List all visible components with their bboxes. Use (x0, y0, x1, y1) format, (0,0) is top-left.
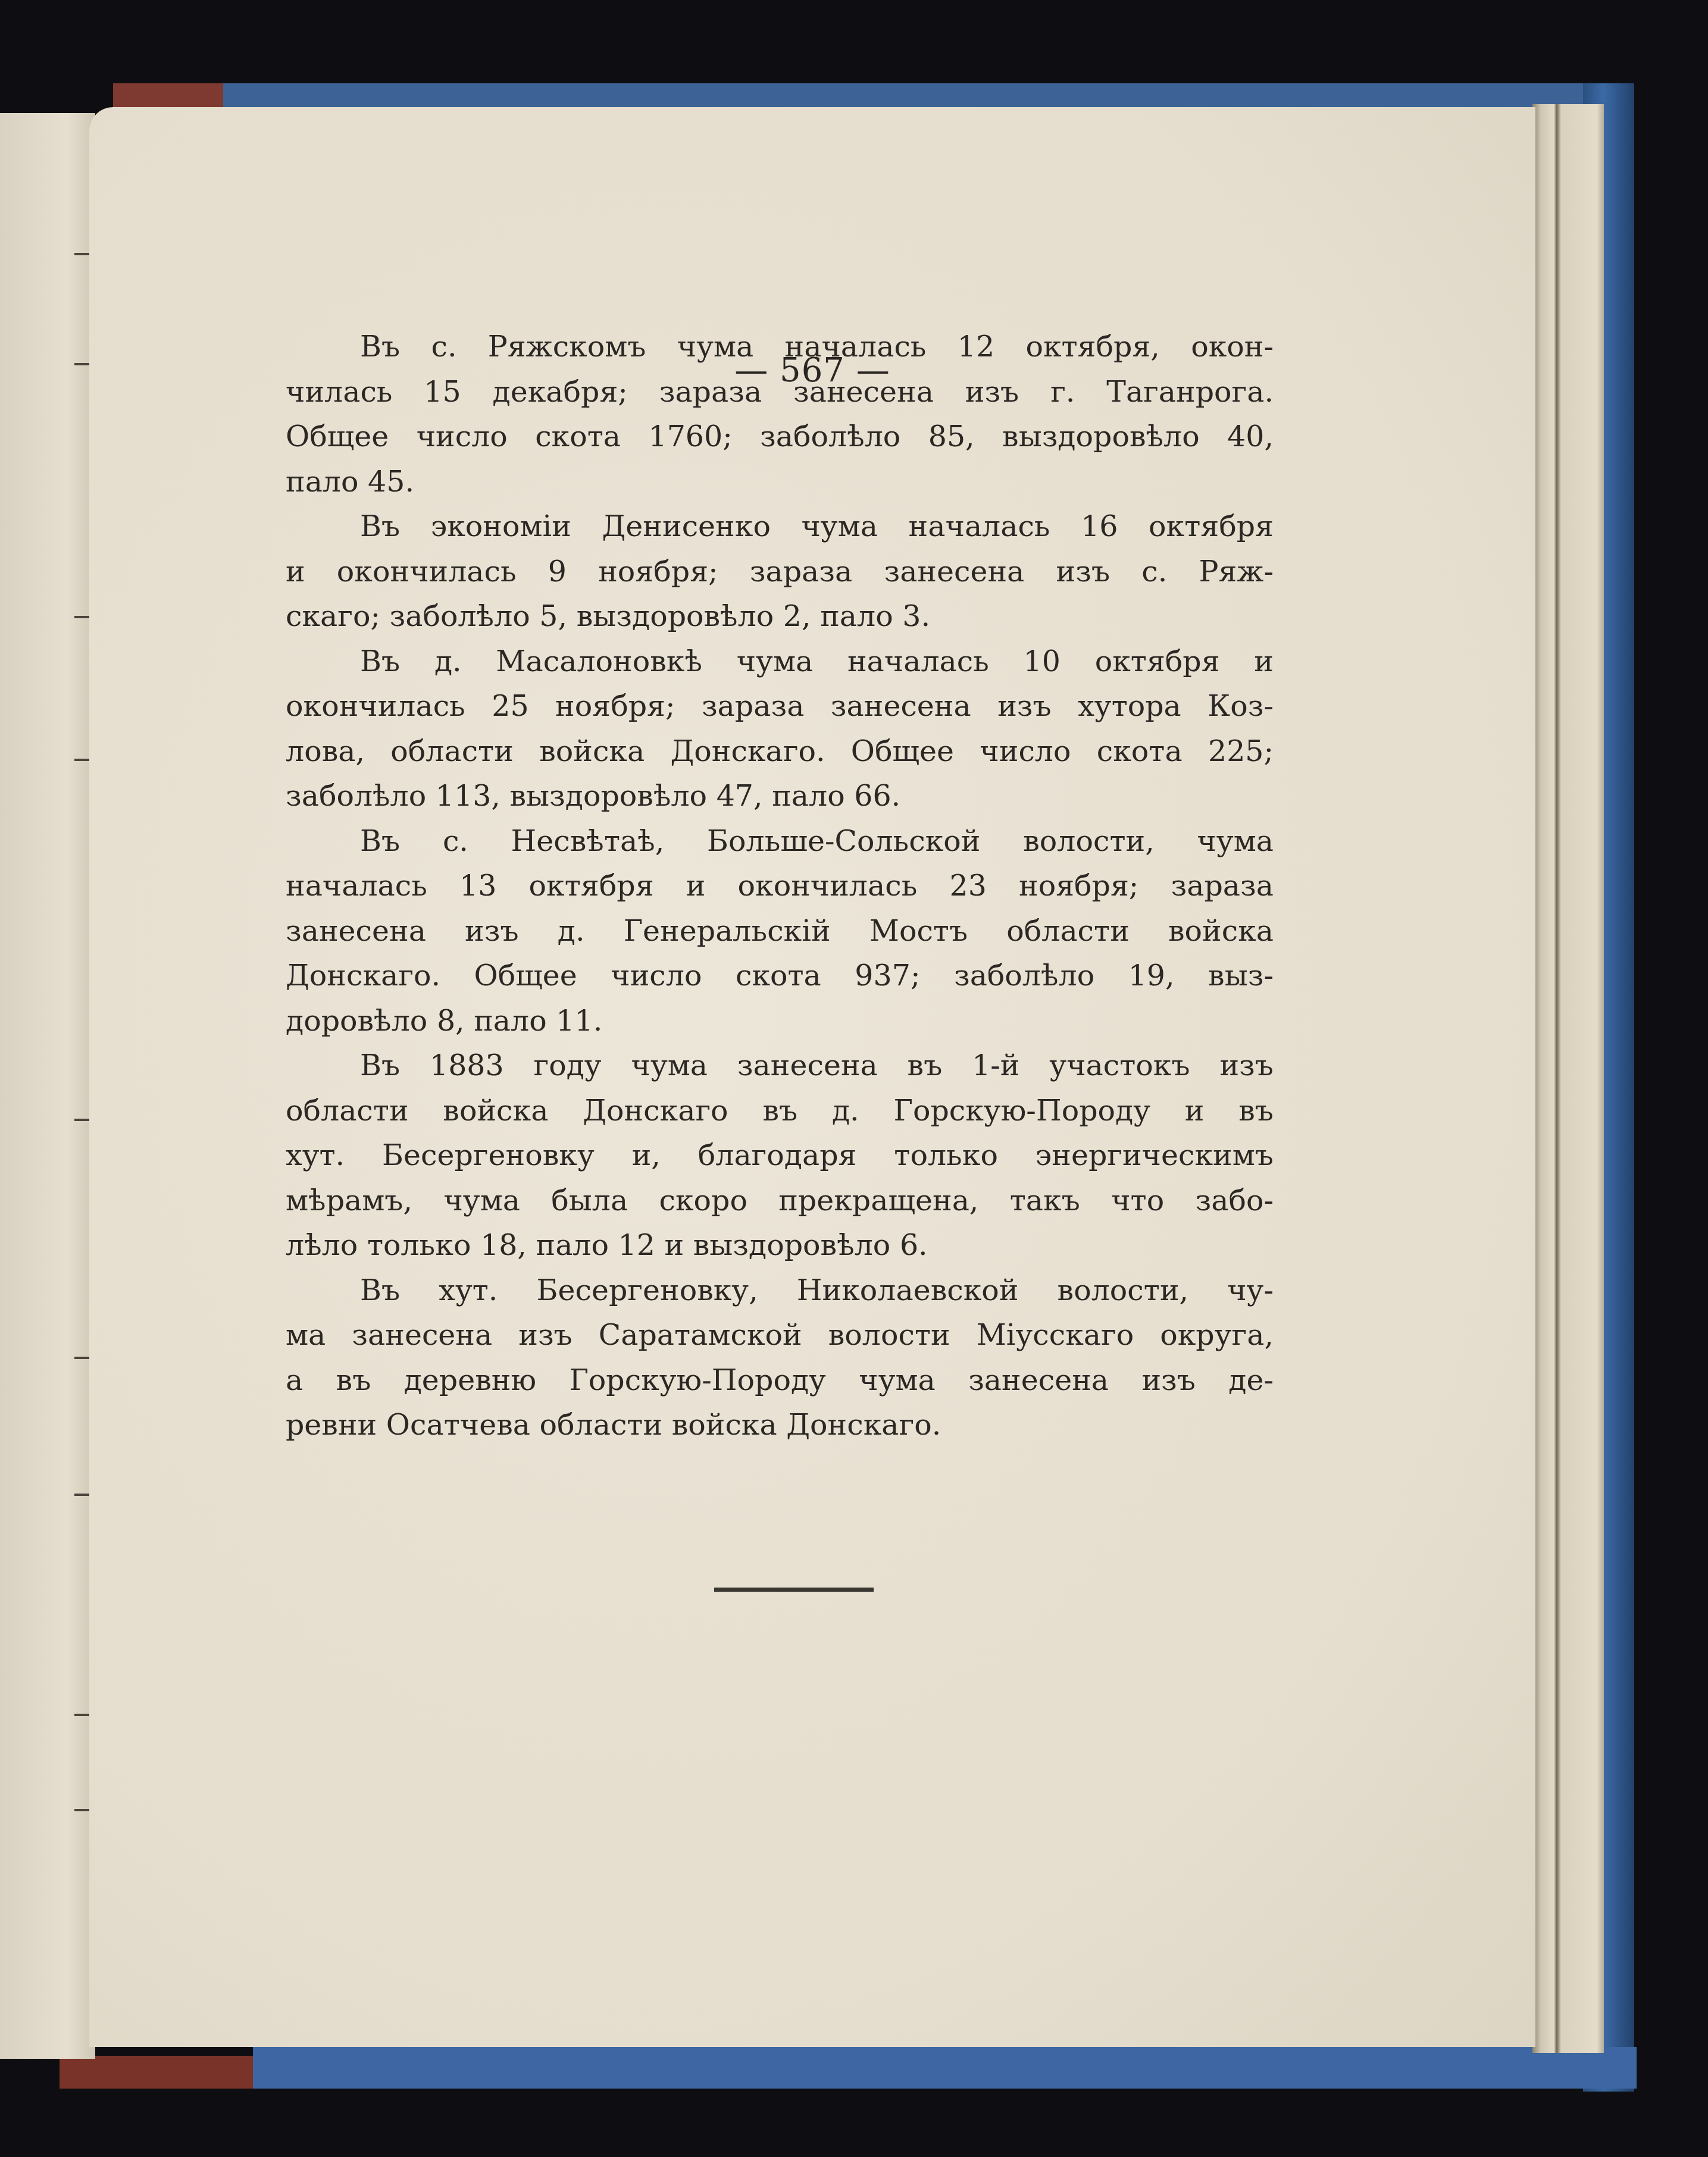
text-line: доровѣло 8, пало 11. (286, 998, 1274, 1044)
text-line: мѣрамъ, чума была скоро прекращена, такъ… (286, 1178, 1274, 1223)
book-cover-spine-bottom (60, 2056, 256, 2089)
text-line: ма занесена изъ Саратамской волости Міус… (286, 1313, 1274, 1358)
text-line: чилась 15 декабря; зараза занесена изъ г… (286, 370, 1274, 415)
text-line: а въ деревню Горскую-Породу чума занесен… (286, 1358, 1274, 1403)
page-edges-stack (1532, 104, 1604, 2053)
book-cover-bottom-edge (253, 2047, 1637, 2089)
text-line: началась 13 октября и окончилась 23 нояб… (286, 863, 1274, 909)
text-line: Донскаго. Общее число скота 937; заболѣл… (286, 953, 1274, 998)
text-line: скаго; заболѣло 5, выздоровѣло 2, пало 3… (286, 594, 1274, 639)
text-line: занесена изъ д. Генеральскій Мостъ облас… (286, 909, 1274, 954)
text-line: Въ экономіи Денисенко чума началась 16 о… (286, 504, 1274, 549)
text-line: Общее число скота 1760; заболѣло 85, выз… (286, 414, 1274, 459)
text-line: окончилась 25 ноября; зараза занесена из… (286, 684, 1274, 729)
paragraph: Въ экономіи Денисенко чума началась 16 о… (286, 504, 1274, 639)
text-line: ревни Осатчева области войска Донскаго. (286, 1402, 1274, 1448)
text-line: Въ с. Несвѣтаѣ, Больше-Сольской волости,… (286, 819, 1274, 864)
text-line: заболѣло 113, выздоровѣло 47, пало 66. (286, 774, 1274, 819)
text-line: области войска Донскаго въ д. Горскую-По… (286, 1088, 1274, 1134)
paragraph: Въ с. Ряжскомъ чума началась 12 октября,… (286, 324, 1274, 504)
left-page-edge (0, 113, 95, 2059)
text-line: Въ 1883 году чума занесена въ 1-й участо… (286, 1043, 1274, 1088)
text-line: лѣло только 18, пало 12 и выздоровѣло 6. (286, 1223, 1274, 1268)
section-end-rule (714, 1588, 874, 1592)
text-line: Въ д. Масалоновкѣ чума началась 10 октяб… (286, 639, 1274, 684)
paragraph: Въ хут. Бесергеновку, Николаевской волос… (286, 1268, 1274, 1448)
text-line: Въ хут. Бесергеновку, Николаевской волос… (286, 1268, 1274, 1313)
text-line: хут. Бесергеновку и, благодаря только эн… (286, 1133, 1274, 1178)
text-line: Въ с. Ряжскомъ чума началась 12 октября,… (286, 324, 1274, 370)
paragraph: Въ д. Масалоновкѣ чума началась 10 октяб… (286, 639, 1274, 819)
paragraph: Въ 1883 году чума занесена въ 1-й участо… (286, 1043, 1274, 1268)
paragraph: Въ с. Несвѣтаѣ, Больше-Сольской волости,… (286, 819, 1274, 1044)
text-line: и окончилась 9 ноября; зараза занесена и… (286, 549, 1274, 594)
text-line: пало 45. (286, 459, 1274, 505)
page-body-text: Въ с. Ряжскомъ чума началась 12 октября,… (286, 324, 1274, 1448)
text-line: лова, области войска Донскаго. Общее чис… (286, 729, 1274, 774)
